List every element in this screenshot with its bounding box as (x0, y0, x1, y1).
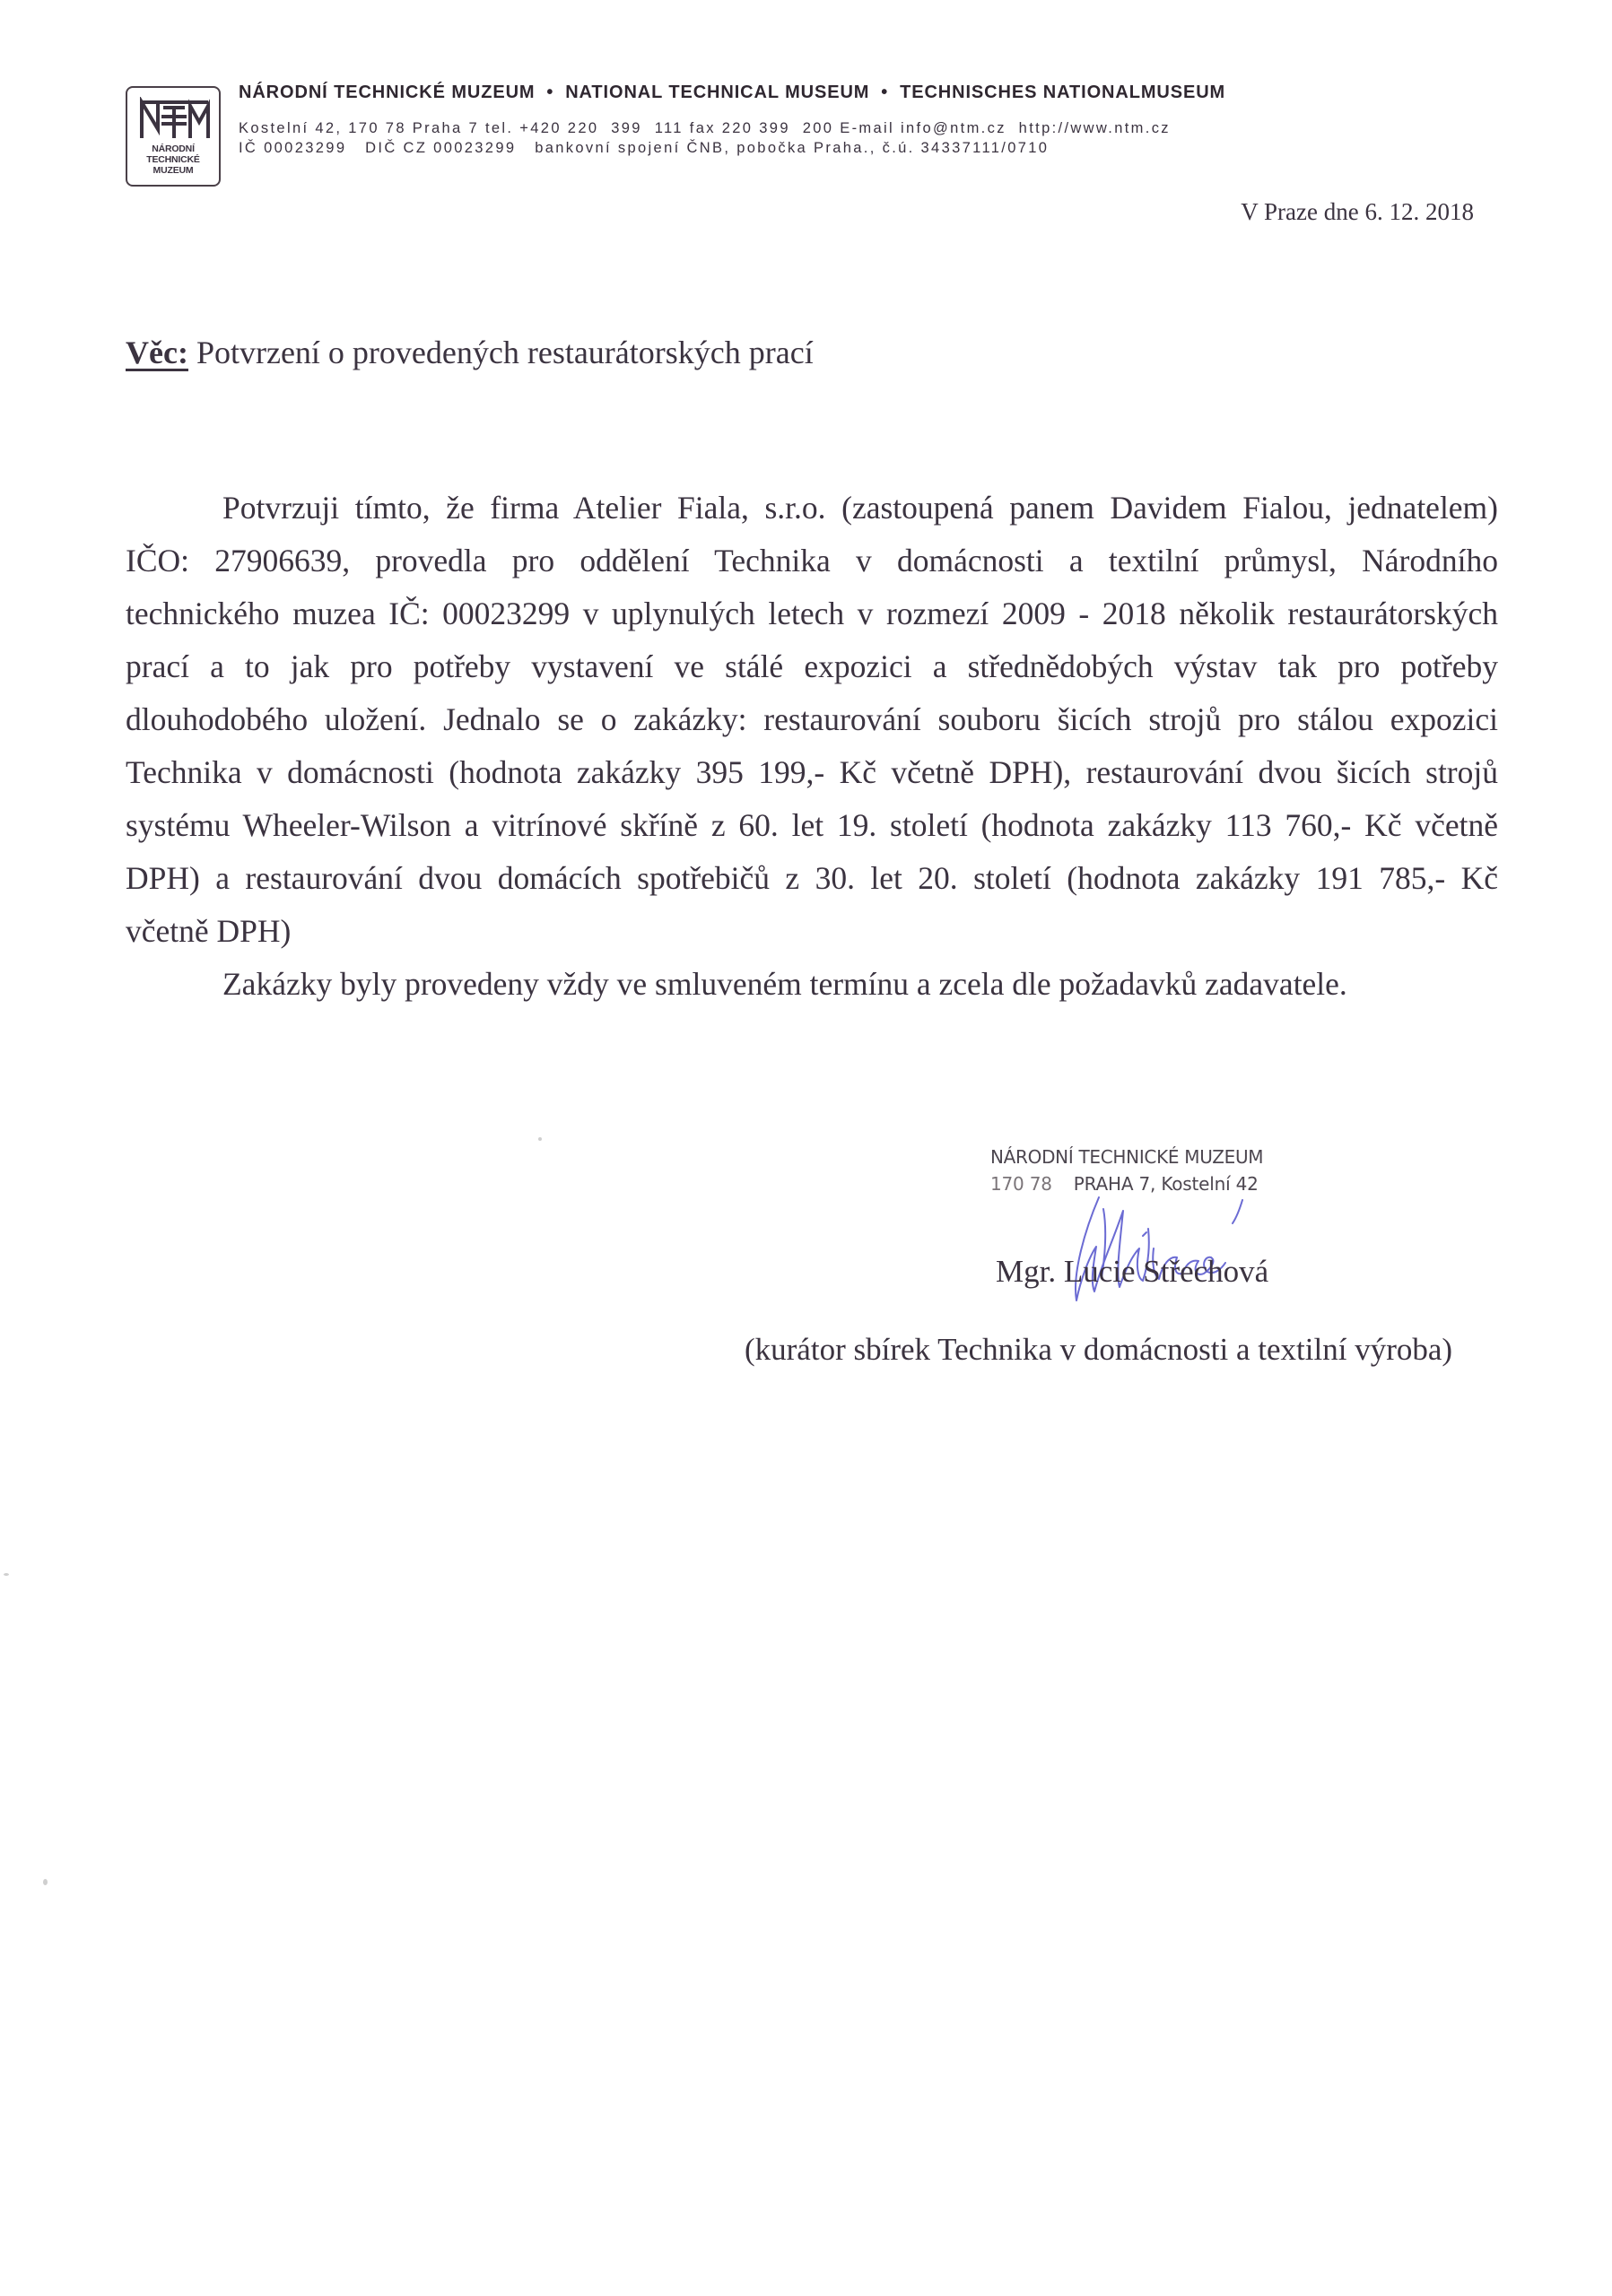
subject-label: Věc: (126, 335, 188, 370)
body-line: IČO: 27906639, provedla pro oddělení Tec… (126, 535, 1498, 587)
logo-text: NÁRODNÍ TECHNICKÉ MUZEUM (127, 143, 219, 176)
body-line: technického muzea IČ: 00023299 v uplynul… (126, 587, 1498, 640)
subject-line: Věc: Potvrzení o provedených restaurátor… (126, 334, 814, 371)
letterhead-ids: IČ 00023299 DIČ CZ 00023299 bankovní spo… (239, 140, 1049, 157)
stamp-city: PRAHA 7, Kostelní 42 (1074, 1173, 1259, 1195)
logo-text-line: MUZEUM (127, 165, 219, 176)
institution-stamp: NÁRODNÍ TECHNICKÉ MUZEUM 170 78PRAHA 7, … (990, 1146, 1263, 1195)
closing-line: Zakázky byly provedeny vždy ve smluveném… (126, 958, 1498, 1011)
body-line: Technika v domácnosti (hodnota zakázky 3… (126, 746, 1498, 799)
body-line: DPH) a restaurování dvou domácích spotře… (126, 852, 1498, 905)
letter-date: V Praze dne 6. 12. 2018 (1241, 198, 1474, 226)
letterhead-title: NÁRODNÍ TECHNICKÉ MUZEUM • NATIONAL TECH… (239, 83, 1225, 103)
ntm-monogram-icon (138, 97, 210, 142)
body-line: Potvrzuji tímto, že firma Atelier Fiala,… (126, 482, 1498, 535)
signer-name: Mgr. Lucie Střechová (996, 1254, 1268, 1290)
logo-text-line: NÁRODNÍ (127, 143, 219, 154)
stamp-name: NÁRODNÍ TECHNICKÉ MUZEUM (990, 1146, 1263, 1168)
logo-text-line: TECHNICKÉ (127, 154, 219, 165)
signer-title: (kurátor sbírek Technika v domácnosti a … (745, 1332, 1452, 1368)
body-line: systému Wheeler-Wilson a vitrínové skřín… (126, 799, 1498, 852)
body-line: dlouhodobého uložení. Jednalo se o zakáz… (126, 693, 1498, 746)
scan-speck (538, 1137, 542, 1141)
letter-body: Potvrzuji tímto, že firma Atelier Fiala,… (126, 482, 1498, 1011)
letterhead-contact: Kostelní 42, 170 78 Praha 7 tel. +420 22… (239, 120, 1171, 137)
scan-speck (43, 1879, 48, 1885)
subject-text: Potvrzení o provedených restaurátorských… (188, 335, 814, 370)
ntm-logo: NÁRODNÍ TECHNICKÉ MUZEUM (126, 86, 221, 187)
stamp-address: 170 78PRAHA 7, Kostelní 42 (990, 1173, 1263, 1195)
body-line: prací a to jak pro potřeby vystavení ve … (126, 640, 1498, 693)
scan-speck (4, 1573, 9, 1576)
stamp-zip: 170 78 (990, 1173, 1052, 1195)
body-line: včetně DPH) (126, 905, 1498, 958)
